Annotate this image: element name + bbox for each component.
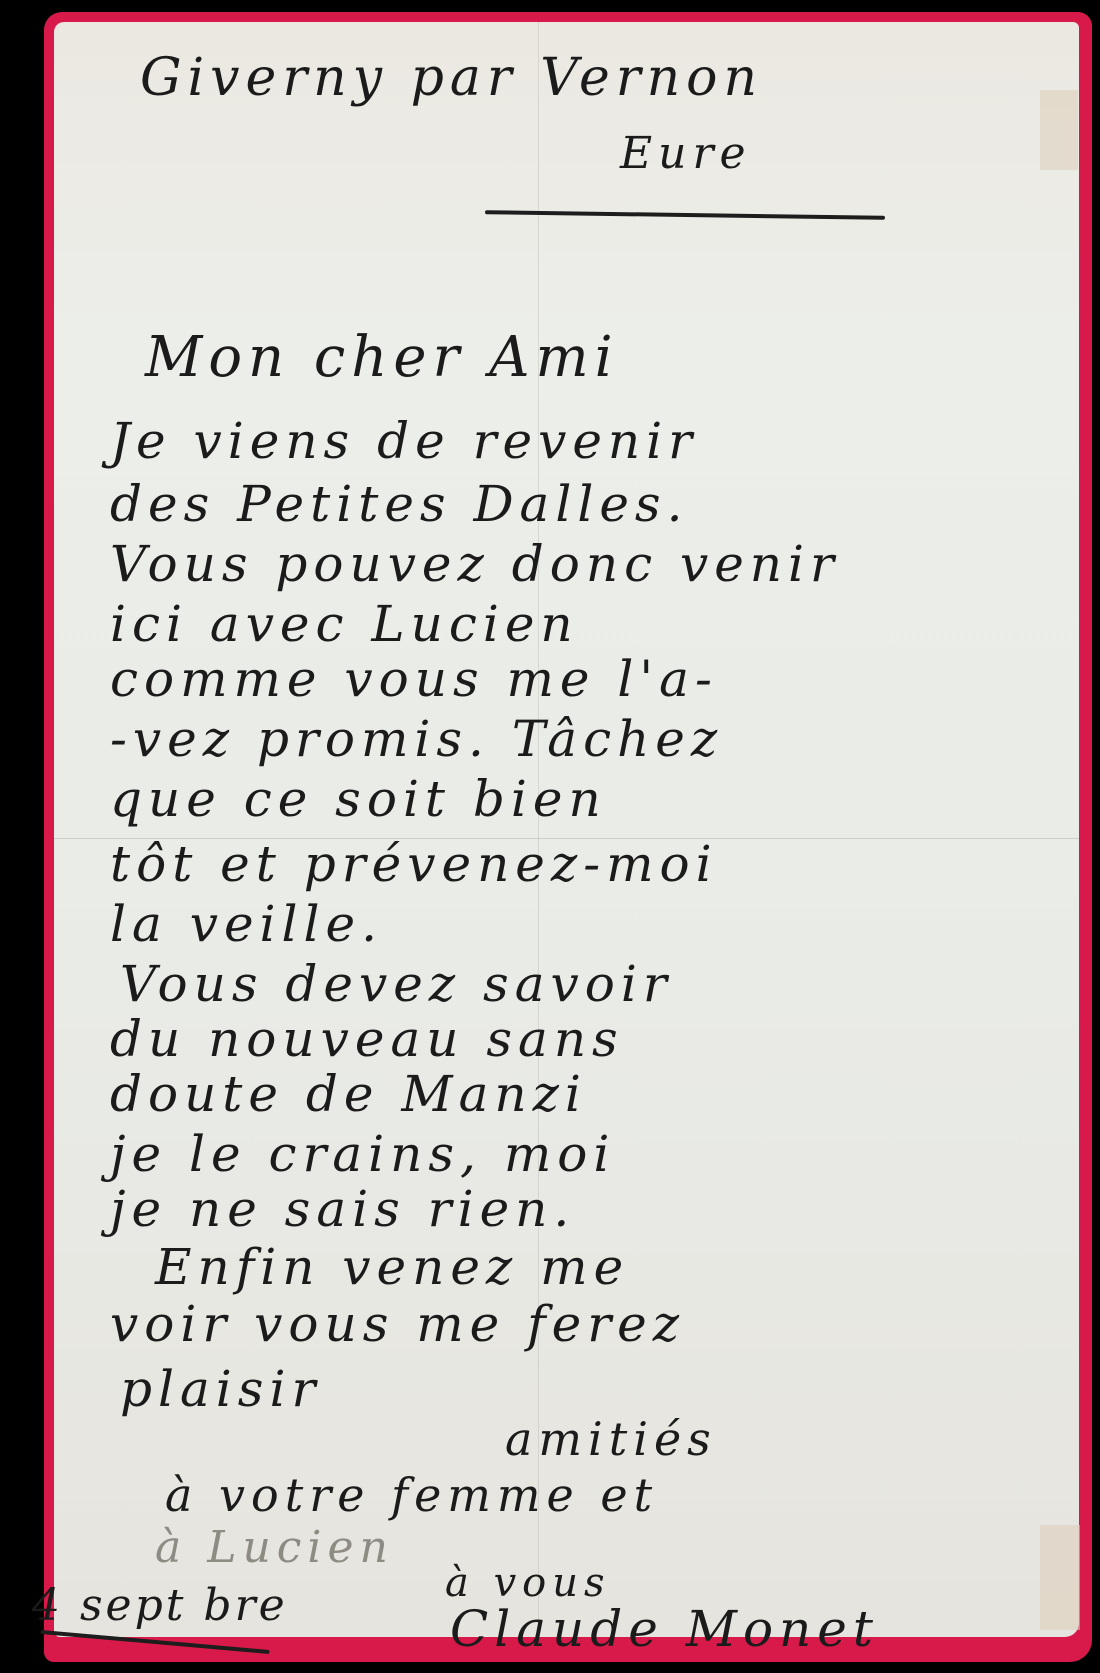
body-line: ici avec Lucien [110,595,579,653]
closing-line: à Lucien [155,1522,394,1573]
body-line: plaisir [120,1360,321,1418]
letterhead-department: Eure [620,128,752,179]
body-line: -vez promis. Tâchez [110,710,723,768]
body-line: je ne sais rien. [110,1180,575,1238]
date: 4 sept bre [32,1580,288,1631]
body-line: doute de Manzi [110,1065,587,1123]
body-line: des Petites Dalles. [110,475,688,533]
body-line: la veille. [110,895,383,953]
closing-line: amitiés [505,1412,717,1466]
body-line: je le crains, moi [110,1125,615,1183]
closing-line: à votre femme et [165,1468,658,1522]
body-line: Vous pouvez donc venir [110,535,840,593]
signature: Claude Monet [450,1600,879,1658]
body-line: que ce soit bien [110,770,607,828]
body-line: voir vous me ferez [110,1295,685,1353]
salutation: Mon cher Ami [145,325,619,390]
body-line: du nouveau sans [110,1010,624,1068]
tape-patch [1040,90,1078,170]
body-line: Enfin venez me [155,1238,629,1296]
letterhead-place: Giverny par Vernon [140,48,763,108]
body-line: tôt et prévenez-moi [110,835,718,893]
body-line: Je viens de revenir [110,412,698,470]
fold-crease-vertical [538,22,539,1637]
body-line: Vous devez savoir [120,955,673,1013]
body-line: comme vous me l'a- [110,650,718,708]
tape-patch [1040,1525,1080,1630]
